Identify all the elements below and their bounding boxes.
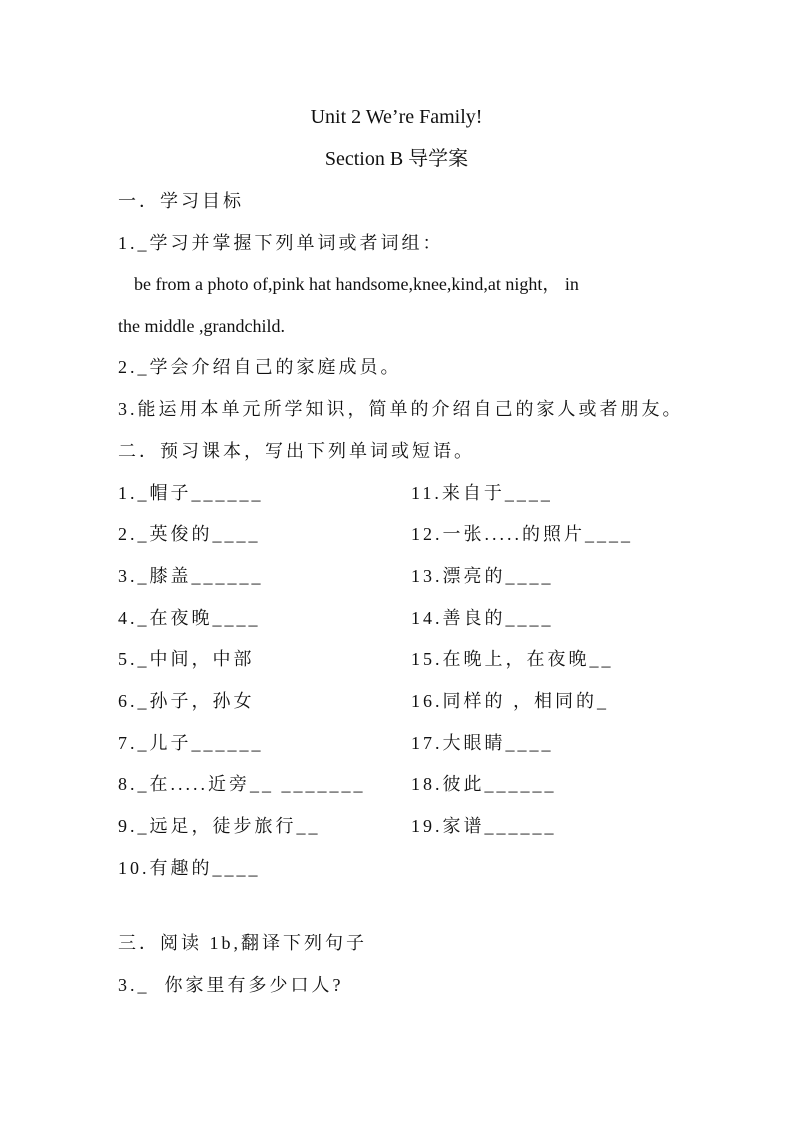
vocab-list-line: the middle ,grandchild. [118, 314, 285, 338]
vocab-item: 1._帽子______ [118, 481, 264, 505]
vocab-item: 4._在夜晚____ [118, 606, 261, 630]
objective-item: 2._学会介绍自己的家庭成员。 [118, 355, 402, 379]
document-subtitle: Section B 导学案 [0, 147, 793, 171]
vocab-item: 16.同样的 ，相同的_ [411, 689, 609, 713]
vocab-item: 18.彼此______ [411, 772, 557, 796]
vocab-item: 12.一张.....的照片____ [411, 522, 633, 546]
vocab-item: 6._孙子，孙女 [118, 689, 255, 713]
vocab-item: 10.有趣的____ [118, 856, 261, 880]
vocab-item: 11.来自于____ [411, 481, 553, 505]
section-heading-preview: 二．预习课本，写出下列单词或短语。 [118, 439, 475, 463]
section-heading-objectives: 一．学习目标 [118, 189, 244, 213]
vocab-item: 19.家谱______ [411, 814, 557, 838]
vocab-item: 7._儿子______ [118, 731, 264, 755]
translation-item: 3._ 你家里有多少口人? [118, 973, 344, 997]
vocab-item: 9._远足，徒步旅行__ [118, 814, 321, 838]
vocab-list-line: be from a photo of,pink hat handsome,kne… [125, 272, 579, 296]
vocab-item: 14.善良的____ [411, 606, 554, 630]
section-heading-reading: 三．阅读 1b,翻译下列句子 [118, 931, 367, 955]
vocab-item: 15.在晚上，在夜晚__ [411, 647, 614, 671]
vocab-item: 8._在.....近旁__ _______ [118, 772, 366, 796]
vocab-item: 13.漂亮的____ [411, 564, 554, 588]
vocab-item: 5._中间，中部 [118, 647, 255, 671]
objective-item: 3.能运用本单元所学知识，简单的介绍自己的家人或者朋友。 [118, 397, 684, 421]
vocab-item: 17.大眼睛____ [411, 731, 554, 755]
objective-item: 1._学习并掌握下列单词或者词组： [118, 231, 444, 255]
vocab-item: 3._膝盖______ [118, 564, 264, 588]
vocab-item: 2._英俊的____ [118, 522, 261, 546]
document-title: Unit 2 We’re Family! [0, 105, 793, 129]
